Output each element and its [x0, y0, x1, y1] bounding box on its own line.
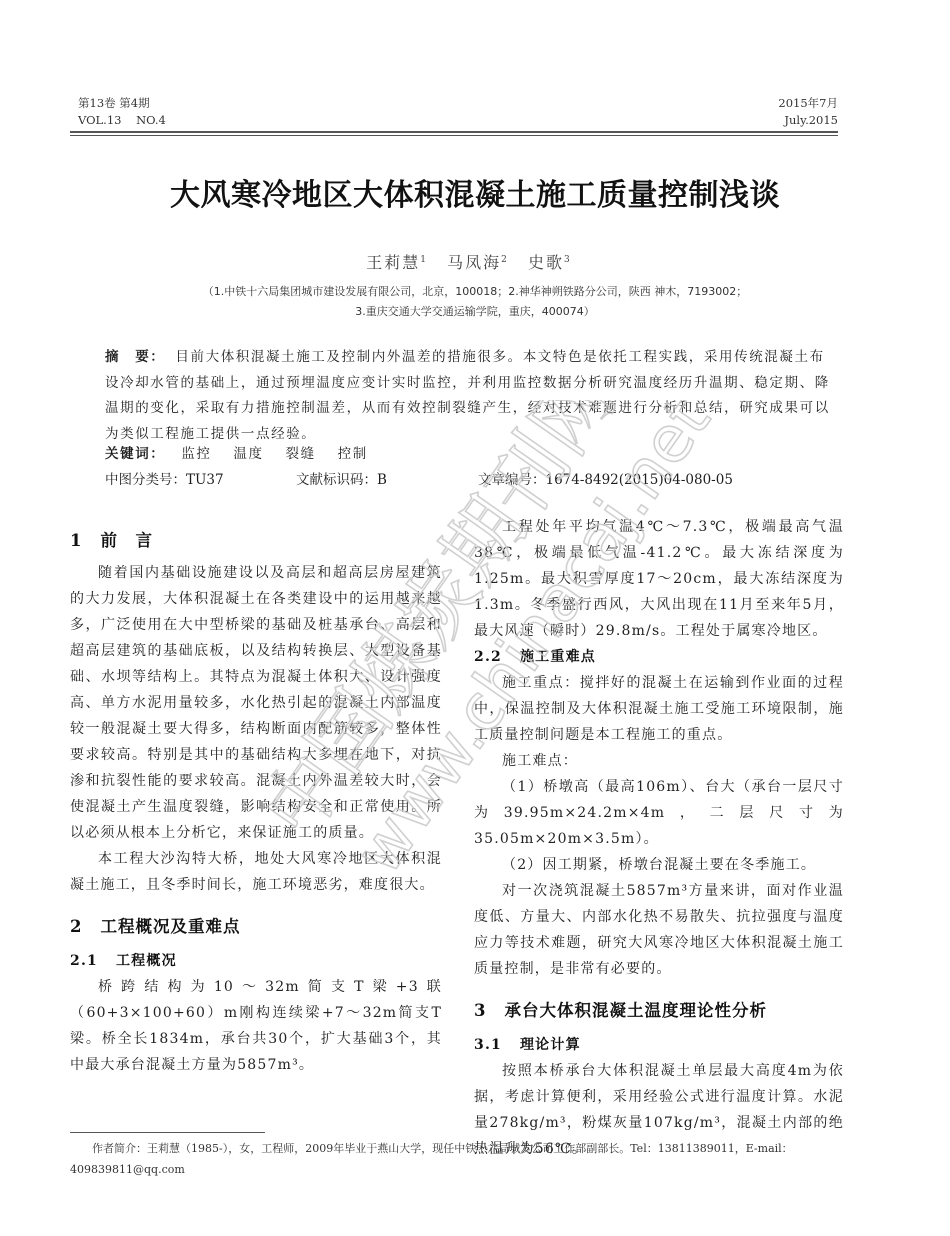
document-code: 文献标识码：B [296, 468, 387, 488]
volume-en: VOL.13 NO.4 [78, 112, 166, 129]
header-double-rule [70, 131, 838, 136]
date-en: July.2015 [778, 112, 838, 129]
difficulty-item-2: （2）因工期紧，桥墩台混凝土要在冬季施工。 [474, 852, 844, 878]
section-2-1-heading: 2.1工程概况 [70, 948, 442, 974]
author-name: 史歌 [528, 253, 564, 272]
section-1-heading: 1前 言 [70, 528, 442, 554]
section-1-paragraph: 随着国内基础设施建设以及高层和超高层房屋建筑的大力发展，大体积混凝土在各类建设中… [70, 560, 442, 846]
section-2-2-heading: 2.2施工重难点 [474, 644, 844, 670]
abstract-text: 目前大体积混凝土施工及控制内外温差的措施很多。本文特色是依托工程实践，采用传统混… [105, 349, 830, 442]
volume-cn: 第13卷 第4期 [78, 95, 166, 112]
author-affil-mark: 2 [501, 255, 507, 265]
date-cn: 2015年7月 [778, 95, 838, 112]
journal-volume-info: 第13卷 第4期 VOL.13 NO.4 [78, 95, 166, 129]
author-affil-mark: 1 [420, 255, 426, 265]
affiliation-line-2: 3.重庆交通大学交通运输学院，重庆，400074） [0, 302, 950, 322]
author-name: 马凤海 [447, 253, 501, 272]
keyword: 控制 [338, 446, 368, 462]
section-1-paragraph: 本工程大沙沟特大桥，地处大风寒冷地区大体积混凝土施工，且冬季时间长，施工环境恶劣… [70, 846, 442, 898]
climate-paragraph: 工程处年平均气温4℃～7.3℃，极端最高气温38℃，极端最低气温-41.2℃。最… [474, 514, 844, 644]
keyword: 温度 [233, 446, 263, 462]
footnote-rule [70, 1132, 265, 1133]
keywords: 关键词： 监控 温度 裂缝 控制 [105, 442, 384, 462]
clc-number: 中图分类号：TU37 [105, 468, 224, 488]
section-3-1-heading: 3.1理论计算 [474, 1032, 844, 1058]
journal-date-info: 2015年7月 July.2015 [778, 95, 838, 129]
author-list: 王莉慧1 马凤海2 史歌3 [0, 250, 950, 273]
section-2-heading: 2工程概况及重难点 [70, 914, 442, 940]
section-2-1-paragraph: 桥跨结构为10～32m简支T梁+3联（60+3×100+60）m刚构连续梁+7～… [70, 974, 442, 1078]
paper-title: 大风寒冷地区大体积混凝土施工质量控制浅谈 [0, 170, 950, 214]
keyword: 裂缝 [286, 446, 316, 462]
article-number: 文章编号：1674-8492(2015)04-080-05 [478, 468, 733, 488]
pour-paragraph: 对一次浇筑混凝土5857m³方量来讲，面对作业温度低、方量大、内部水化热不易散失… [474, 878, 844, 982]
difficulty-item-1: （1）桥墩高（最高106m）、台大（承台一层尺寸为39.95m×24.2m×4m… [474, 774, 844, 852]
author-name: 王莉慧 [366, 253, 420, 272]
left-column: 1前 言 随着国内基础设施建设以及高层和超高层房屋建筑的大力发展，大体积混凝土在… [70, 528, 442, 1078]
abstract-label: 摘 要： [105, 349, 165, 365]
author-footnote: 作者简介：王莉慧（1985-），女，工程师，2009年毕业于燕山大学，现任中铁十… [70, 1138, 850, 1180]
footnote-line-2: 409839811@qq.com [70, 1159, 850, 1180]
affiliation-line-1: （1.中铁十六局集团城市建设发展有限公司，北京，100018；2.神华神朔铁路分… [0, 282, 950, 302]
keyword: 监控 [181, 446, 211, 462]
difficulties-label: 施工难点： [474, 748, 844, 774]
abstract: 摘 要：目前大体积混凝土施工及控制内外温差的措施很多。本文特色是依托工程实践，采… [105, 345, 835, 447]
author-affil-mark: 3 [564, 255, 570, 265]
key-points-paragraph: 施工重点：搅拌好的混凝土在运输到作业面的过程中，保温控制及大体积混凝土施工受施工… [474, 670, 844, 748]
footnote-line-1: 作者简介：王莉慧（1985-），女，工程师，2009年毕业于燕山大学，现任中铁十… [70, 1138, 850, 1159]
keywords-label: 关键词： [105, 446, 165, 462]
section-3-heading: 3承台大体积混凝土温度理论性分析 [474, 998, 844, 1024]
right-column: 工程处年平均气温4℃～7.3℃，极端最高气温38℃，极端最低气温-41.2℃。最… [474, 514, 844, 1162]
